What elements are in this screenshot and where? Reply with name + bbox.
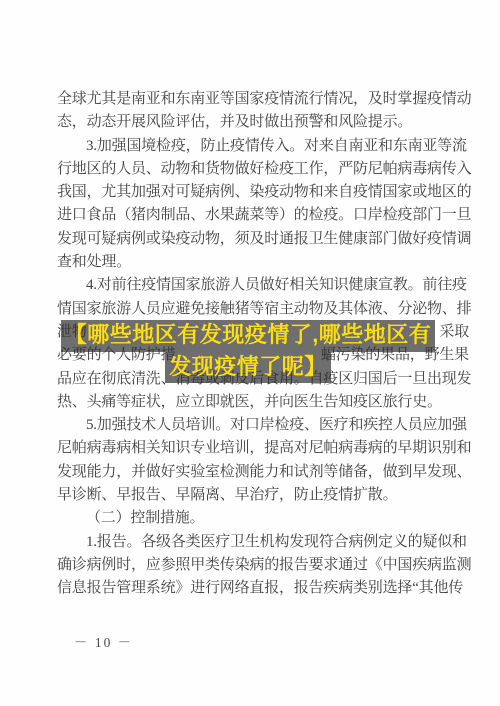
text-line: 3.加强国境检疫，防止疫情传入。对来自南亚和东南亚等流	[57, 135, 469, 158]
text-line: 行地区的人员、动物和货物做好检疫工作，严防尼帕病毒病传入	[57, 158, 469, 181]
caption-line-2: 发现疫情了呢】	[165, 352, 331, 384]
text-line: 确诊病例时，应参照甲类传染病的报告要求通过《中国疾病监测	[57, 554, 469, 577]
text-line: 尼帕病毒病相关知识专业培训，提高对尼帕病毒病的早期识别和	[57, 437, 469, 460]
text-line: 我国，尤其加强对可疑病例、染疫动物和来自疫情国家或地区的	[57, 181, 469, 204]
text-line: 进口食品（猪肉制品、水果蔬菜等）的检疫。口岸检疫部门一旦	[57, 204, 469, 227]
text-line: 情国家旅游人员应避免接触猪等宿主动物及其体液、分泌物、排	[57, 298, 469, 321]
text-line: （二）控制措施。	[57, 507, 469, 530]
text-line: 查和处理。	[57, 251, 469, 274]
text-line: 信息报告管理系统》进行网络直报，报告疾病类别选择“其他传	[57, 577, 469, 600]
scanned-document-page: 全球尤其是南亚和东南亚等国家疫情流行情况，及时掌握疫情动态，动态开展风险评估，并…	[0, 0, 500, 706]
text-line: 5.加强技术人员培训。对口岸检疫、医疗和疾控人员应加强	[57, 414, 469, 437]
text-line: 4.对前往疫情国家旅游人员做好相关知识健康宣教。前往疫	[57, 274, 469, 297]
text-line: 发现能力，并做好实验室检测能力和试剂等储备，做到早发现、	[57, 461, 469, 484]
page-number: － 10 －	[74, 631, 133, 651]
text-line: 热、头痛等症状，应立即就医，并向医生告知疫区旅行史。	[57, 391, 469, 414]
text-line: 态，动态开展风险评估，并及时做出预警和风险提示。	[57, 111, 469, 134]
caption-line-1: 【哪些地区有发现疫情了,哪些地区有	[61, 320, 436, 352]
text-line: 早诊断、早报告、早隔离、早治疗，防止疫情扩散。	[57, 484, 469, 507]
text-line: 1.报告。各级各类医疗卫生机构发现符合病例定义的疑似和	[57, 531, 469, 554]
text-line: 发现可疑病例或染疫动物，须及时通报卫生健康部门做好疫情调	[57, 228, 469, 251]
text-line: 全球尤其是南亚和东南亚等国家疫情流行情况，及时掌握疫情动	[57, 88, 469, 111]
overlay-caption: 【哪些地区有发现疫情了,哪些地区有 发现疫情了呢】	[42, 320, 454, 383]
